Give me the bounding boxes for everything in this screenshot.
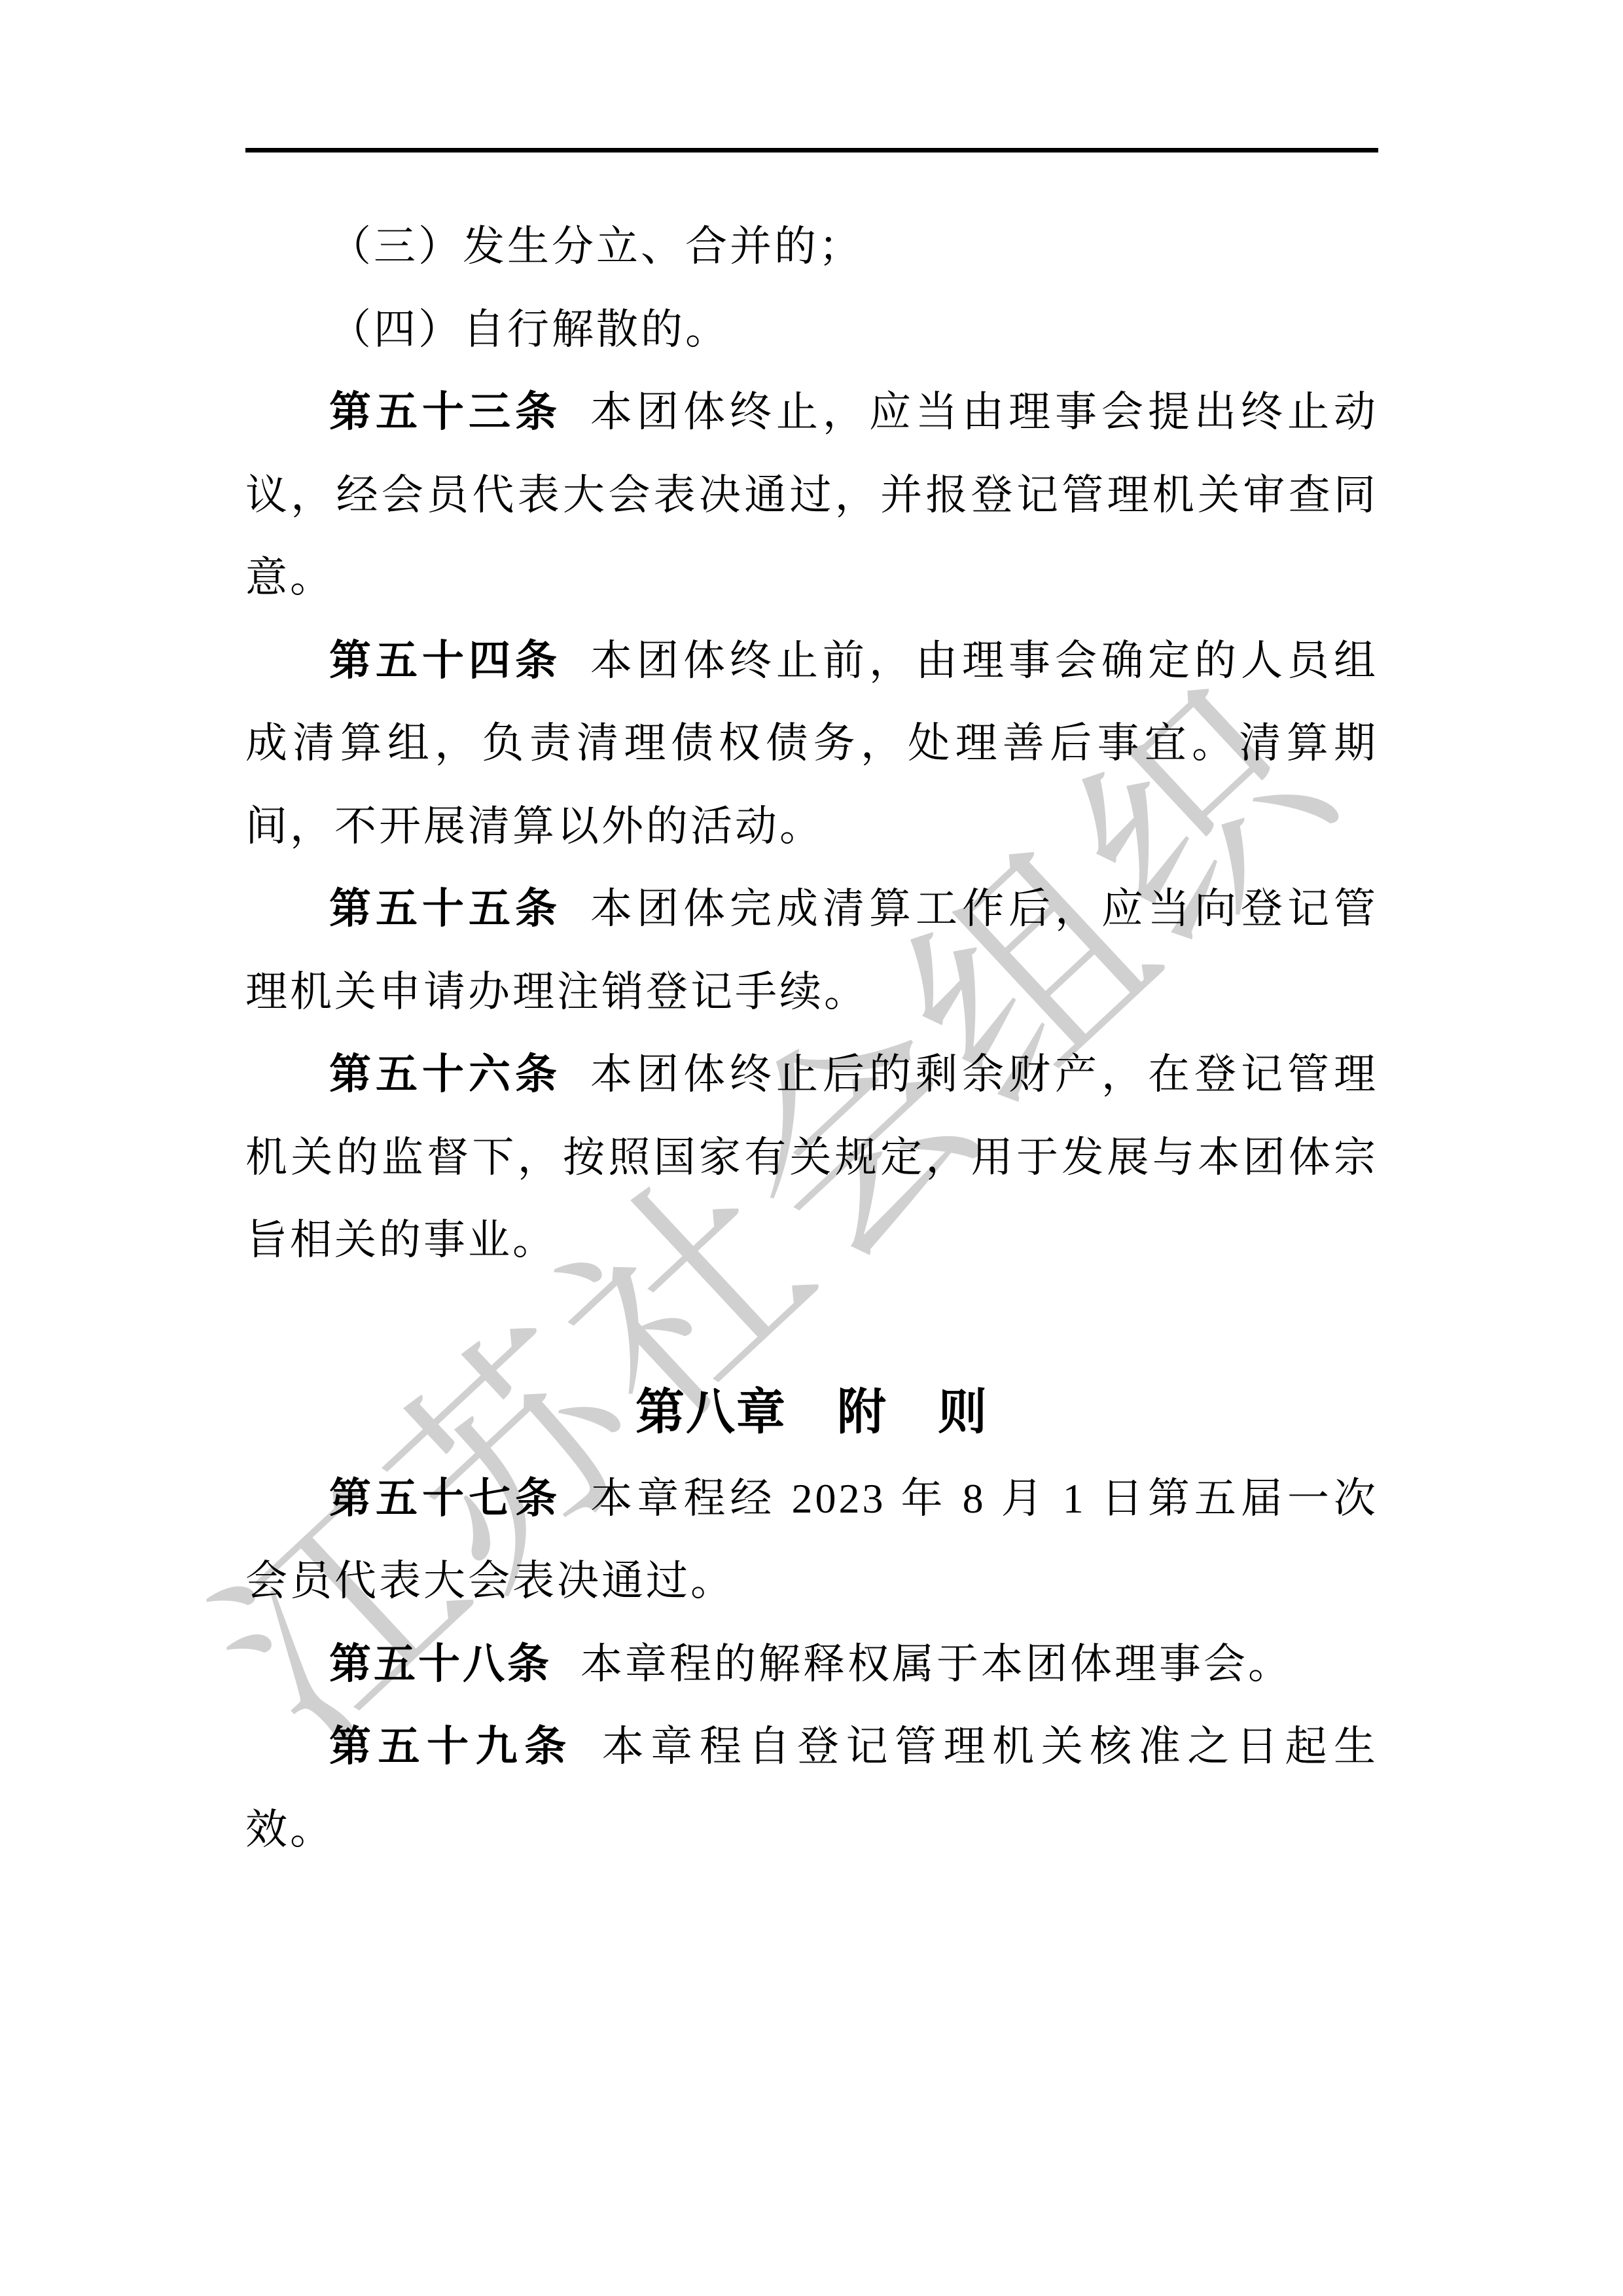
clause-label: 第五十三条 [329, 389, 562, 435]
clause-label: 第五十六条 [329, 1051, 562, 1098]
chapter-heading: 第八章 附 则 [245, 1366, 1378, 1458]
clause-label: 第五十五条 [329, 886, 562, 932]
list-item-paragraph: （三）发生分立、合并的； [245, 206, 1378, 289]
clause-label: 第五十九条 [329, 1723, 573, 1770]
document-body: （三）发生分立、合并的；（四）自行解散的。第五十三条本团体终止，应当由理事会提出… [245, 206, 1378, 1871]
document-page: 江苏社会组织 （三）发生分立、合并的；（四）自行解散的。第五十三条本团体终止，应… [0, 0, 1623, 2296]
clause-label: 第五十八条 [329, 1641, 552, 1687]
header-rule [245, 148, 1378, 152]
clause-paragraph: 第五十三条本团体终止，应当由理事会提出终止动议，经会员代表大会表决通过，并报登记… [245, 371, 1378, 620]
list-item-paragraph: （四）自行解散的。 [245, 289, 1378, 372]
clause-paragraph: 第五十七条本章程经 2023 年 8 月 1 日第五届一次会员代表大会表决通过。 [245, 1458, 1378, 1623]
clause-text: 本章程的解释权属于本团体理事会。 [580, 1641, 1293, 1687]
clause-paragraph: 第五十四条本团体终止前，由理事会确定的人员组成清算组，负责清理债权债务，处理善后… [245, 620, 1378, 869]
clause-paragraph: 第五十九条本章程自登记管理机关核准之日起生效。 [245, 1706, 1378, 1871]
clause-paragraph: 第五十五条本团体完成清算工作后，应当向登记管理机关申请办理注销登记手续。 [245, 868, 1378, 1033]
clause-label: 第五十七条 [329, 1475, 562, 1522]
clause-paragraph: 第五十八条本章程的解释权属于本团体理事会。 [245, 1623, 1378, 1706]
clause-label: 第五十四条 [329, 637, 562, 684]
clause-paragraph: 第五十六条本团体终止后的剩余财产，在登记管理机关的监督下，按照国家有关规定，用于… [245, 1033, 1378, 1282]
